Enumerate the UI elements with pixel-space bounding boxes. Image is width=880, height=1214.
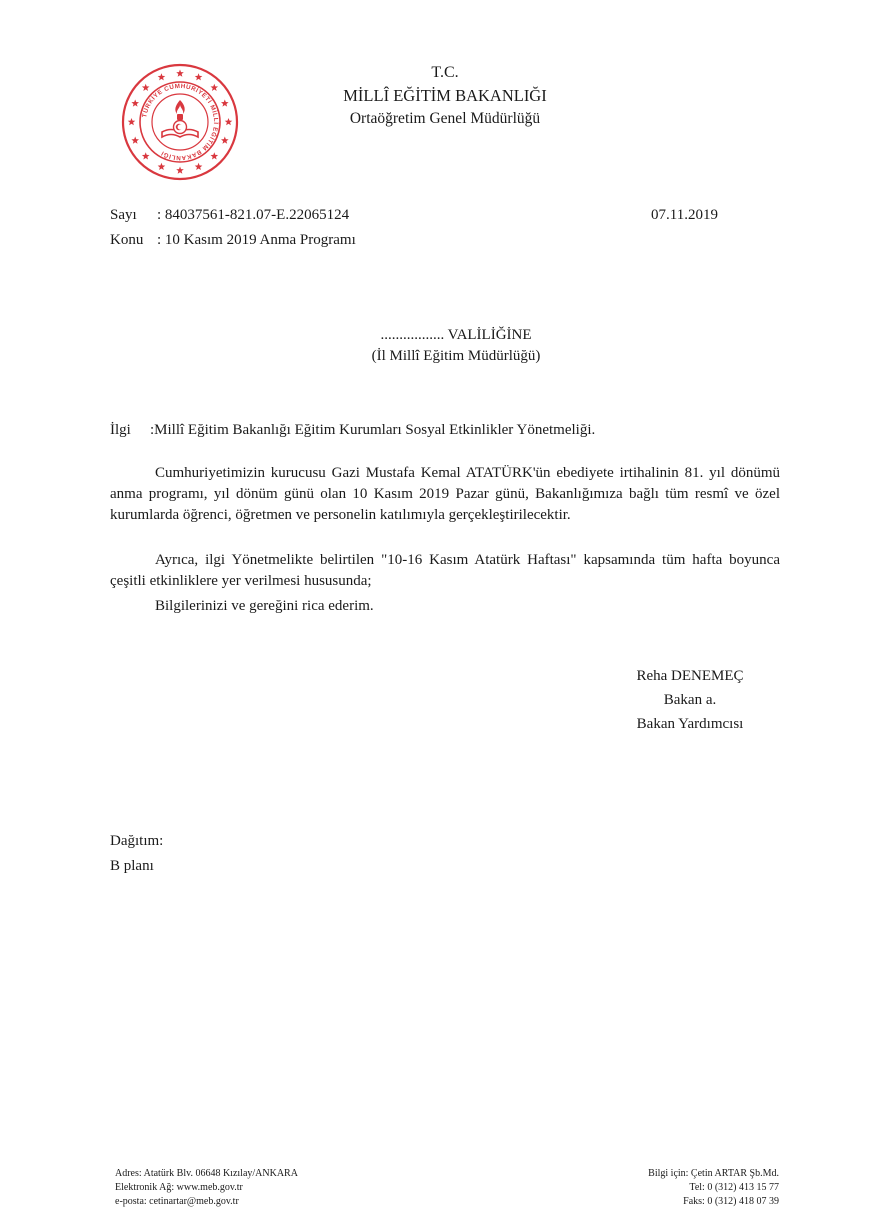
addressee-line1: ................. VALİLİĞİNE [0, 326, 880, 345]
ilgi-label: İlgi [110, 421, 131, 440]
body-paragraph-3: Bilgilerinizi ve gereğini rica ederim. [110, 596, 780, 617]
signatory-title-1: Bakan a. [605, 688, 775, 712]
header-department: Ortaöğretim Genel Müdürlüğü [5, 110, 880, 128]
signatory-title-2: Bakan Yardımcısı [605, 712, 775, 736]
footer-phone: Tel: 0 (312) 413 15 77 [600, 1181, 779, 1195]
body-paragraph-2: Ayrıca, ilgi Yönetmelikte belirtilen "10… [110, 550, 780, 592]
document-date: 07.11.2019 [651, 206, 718, 225]
signatory-name: Reha DENEMEÇ [605, 664, 775, 688]
footer-fax: Faks: 0 (312) 418 07 39 [600, 1195, 779, 1209]
body-paragraph-1: Cumhuriyetimizin kurucusu Gazi Mustafa K… [110, 463, 780, 526]
distribution-value: B planı [110, 857, 154, 876]
sayi-label: Sayı [110, 206, 137, 225]
addressee-line2: (İl Millî Eğitim Müdürlüğü) [0, 347, 880, 366]
footer-address: Adres: Atatürk Blv. 06648 Kızılay/ANKARA [115, 1167, 298, 1181]
footer-left: Adres: Atatürk Blv. 06648 Kızılay/ANKARA… [115, 1167, 298, 1209]
footer-email: e-posta: cetinartar@meb.gov.tr [115, 1195, 298, 1209]
footer-right: Bilgi için: Çetin ARTAR Şb.Md. Tel: 0 (3… [600, 1167, 779, 1209]
header-tc: T.C. [5, 64, 880, 82]
footer-contact-person: Bilgi için: Çetin ARTAR Şb.Md. [600, 1167, 779, 1181]
ilgi-value: :Millî Eğitim Bakanlığı Eğitim Kurumları… [150, 421, 595, 440]
footer-website: Elektronik Ağ: www.meb.gov.tr [115, 1181, 298, 1195]
distribution-label: Dağıtım: [110, 832, 163, 851]
konu-label: Konu [110, 231, 143, 250]
konu-value: : 10 Kasım 2019 Anma Programı [157, 231, 356, 250]
signature-block: Reha DENEMEÇ Bakan a. Bakan Yardımcısı [605, 664, 775, 736]
sayi-value: : 84037561-821.07-E.22065124 [157, 206, 349, 225]
header-ministry: MİLLÎ EĞİTİM BAKANLIĞI [5, 86, 880, 106]
